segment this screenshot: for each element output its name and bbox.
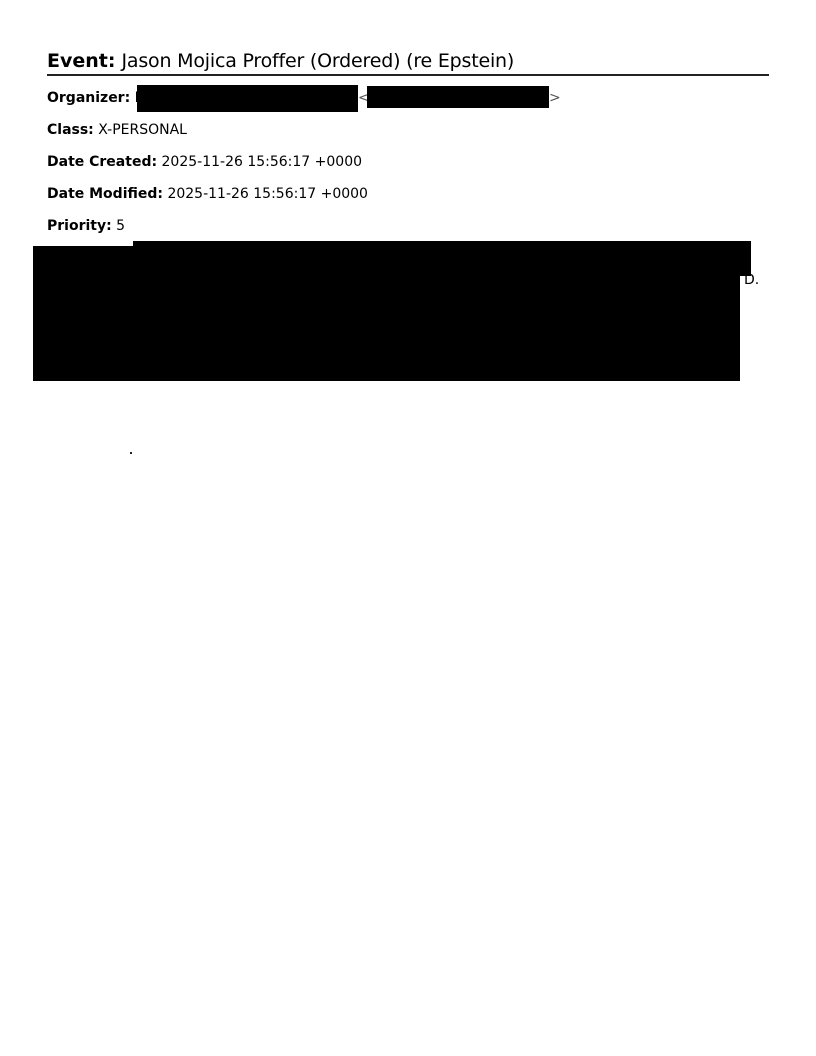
redaction-organizer-email — [367, 86, 549, 108]
date-created-label: Date Created: — [47, 154, 157, 170]
event-title: Event: Jason Mojica Proffer (Ordered) (r… — [47, 48, 769, 76]
organizer-close-bracket: > — [549, 89, 561, 107]
date-created-field: Date Created: 2025-11-26 15:56:17 +0000 — [47, 153, 362, 171]
organizer-label: Organizer: — [47, 90, 130, 106]
redaction-organizer-name — [137, 85, 358, 112]
stray-mark — [130, 452, 132, 454]
date-modified-value: 2025-11-26 15:56:17 +0000 — [167, 186, 368, 202]
priority-label: Priority: — [47, 218, 112, 234]
class-field: Class: X-PERSONAL — [47, 121, 187, 139]
class-label: Class: — [47, 122, 94, 138]
event-label: Event: — [47, 50, 115, 72]
priority-value: 5 — [116, 218, 125, 234]
date-created-value: 2025-11-26 15:56:17 +0000 — [162, 154, 363, 170]
date-modified-label: Date Modified: — [47, 186, 163, 202]
description-trailing-text: D. — [744, 271, 759, 289]
date-modified-field: Date Modified: 2025-11-26 15:56:17 +0000 — [47, 185, 368, 203]
priority-field: Priority: 5 — [47, 217, 125, 235]
event-title-value: Jason Mojica Proffer (Ordered) (re Epste… — [122, 50, 515, 72]
redaction-description-body — [33, 246, 740, 381]
organizer-field: Organizer: I — [47, 89, 139, 107]
class-value: X-PERSONAL — [98, 122, 187, 138]
